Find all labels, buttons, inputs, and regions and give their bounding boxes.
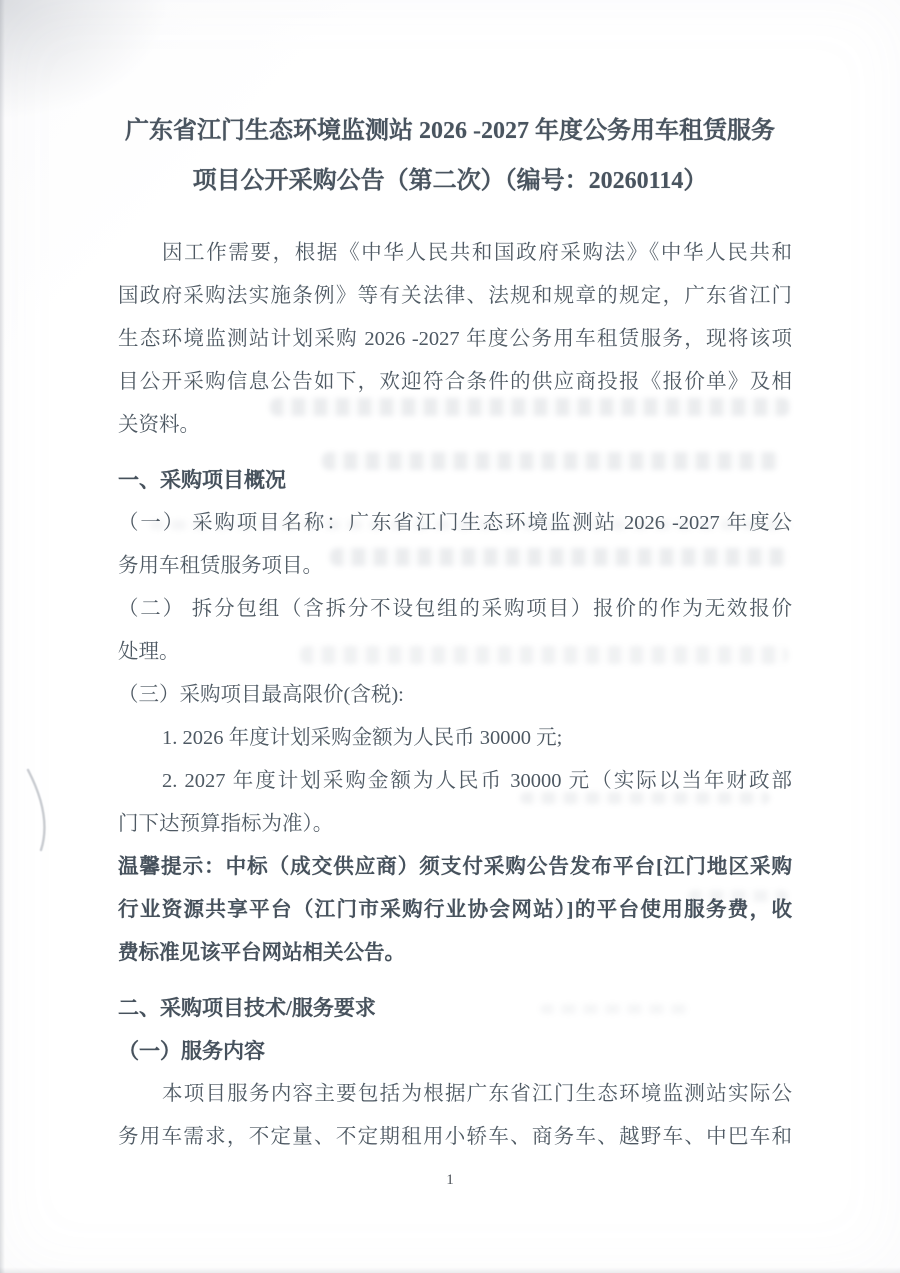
section-heading: 二、采购项目技术/服务要求 (118, 987, 792, 1030)
body-line: 务用车租赁服务项目。 (118, 545, 792, 588)
scan-bottom-edge-shadow (0, 1267, 900, 1273)
body-line: 因工作需要，根据《中华人民共和国政府采购法》《中华人民共和 (118, 232, 792, 275)
body-line: 国政府采购法实施条例》等有关法律、法规和规章的规定，广东省江门 (118, 275, 792, 318)
scan-left-edge-shadow (0, 0, 5, 1273)
body-line: （三）采购项目最高限价(含税): (118, 674, 792, 717)
body-line: 目公开采购信息公告如下，欢迎符合条件的供应商投报《报价单》及相 (118, 361, 792, 404)
body-line: 处理。 (118, 631, 792, 674)
notice-line: 费标准见该平台网站相关公告。 (118, 932, 792, 975)
body-line: 关资料。 (118, 404, 792, 447)
body-line: 生态环境监测站计划采购 2026 -2027 年度公务用车租赁服务，现将该项 (118, 318, 792, 361)
document-title-line-1: 广东省江门生态环境监测站 2026 -2027 年度公务用车租赁服务 (125, 118, 775, 144)
body-line: 1. 2026 年度计划采购金额为人民币 30000 元; (118, 717, 792, 760)
subsection-heading: （一）服务内容 (118, 1030, 792, 1073)
scanned-document-page: 广东省江门生态环境监测站 2026 -2027 年度公务用车租赁服务 项目公开采… (0, 0, 900, 1273)
page-number: 1 (0, 1172, 900, 1189)
section-heading: 一、采购项目概况 (118, 459, 792, 502)
document-title: 广东省江门生态环境监测站 2026 -2027 年度公务用车租赁服务 项目公开采… (90, 106, 810, 206)
body-line: 2. 2027 年度计划采购金额为人民币 30000 元（实际以当年财政部 (118, 760, 792, 803)
notice-line: 行业资源共享平台（江门市采购行业协会网站）]的平台使用服务费，收 (118, 889, 792, 932)
notice-line: 温馨提示：中标（成交供应商）须支付采购公告发布平台[江门地区采购 (118, 846, 792, 889)
scan-crease-arc (0, 740, 70, 880)
body-line: （一） 采购项目名称：广东省江门生态环境监测站 2026 -2027 年度公 (118, 502, 792, 545)
document-body: 因工作需要，根据《中华人民共和国政府采购法》《中华人民共和国政府采购法实施条例》… (118, 232, 792, 1159)
body-line: （二） 拆分包组（含拆分不设包组的采购项目）报价的作为无效报价 (118, 588, 792, 631)
body-line: 本项目服务内容主要包括为根据广东省江门生态环境监测站实际公 (118, 1073, 792, 1116)
scan-corner-shadow (0, 0, 170, 120)
body-line: 门下达预算指标为准）。 (118, 803, 792, 846)
body-line: 务用车需求，不定量、不定期租用小轿车、商务车、越野车、中巴车和 (118, 1116, 792, 1159)
document-title-line-2: 项目公开采购公告（第二次）（编号：20260114） (193, 168, 708, 194)
